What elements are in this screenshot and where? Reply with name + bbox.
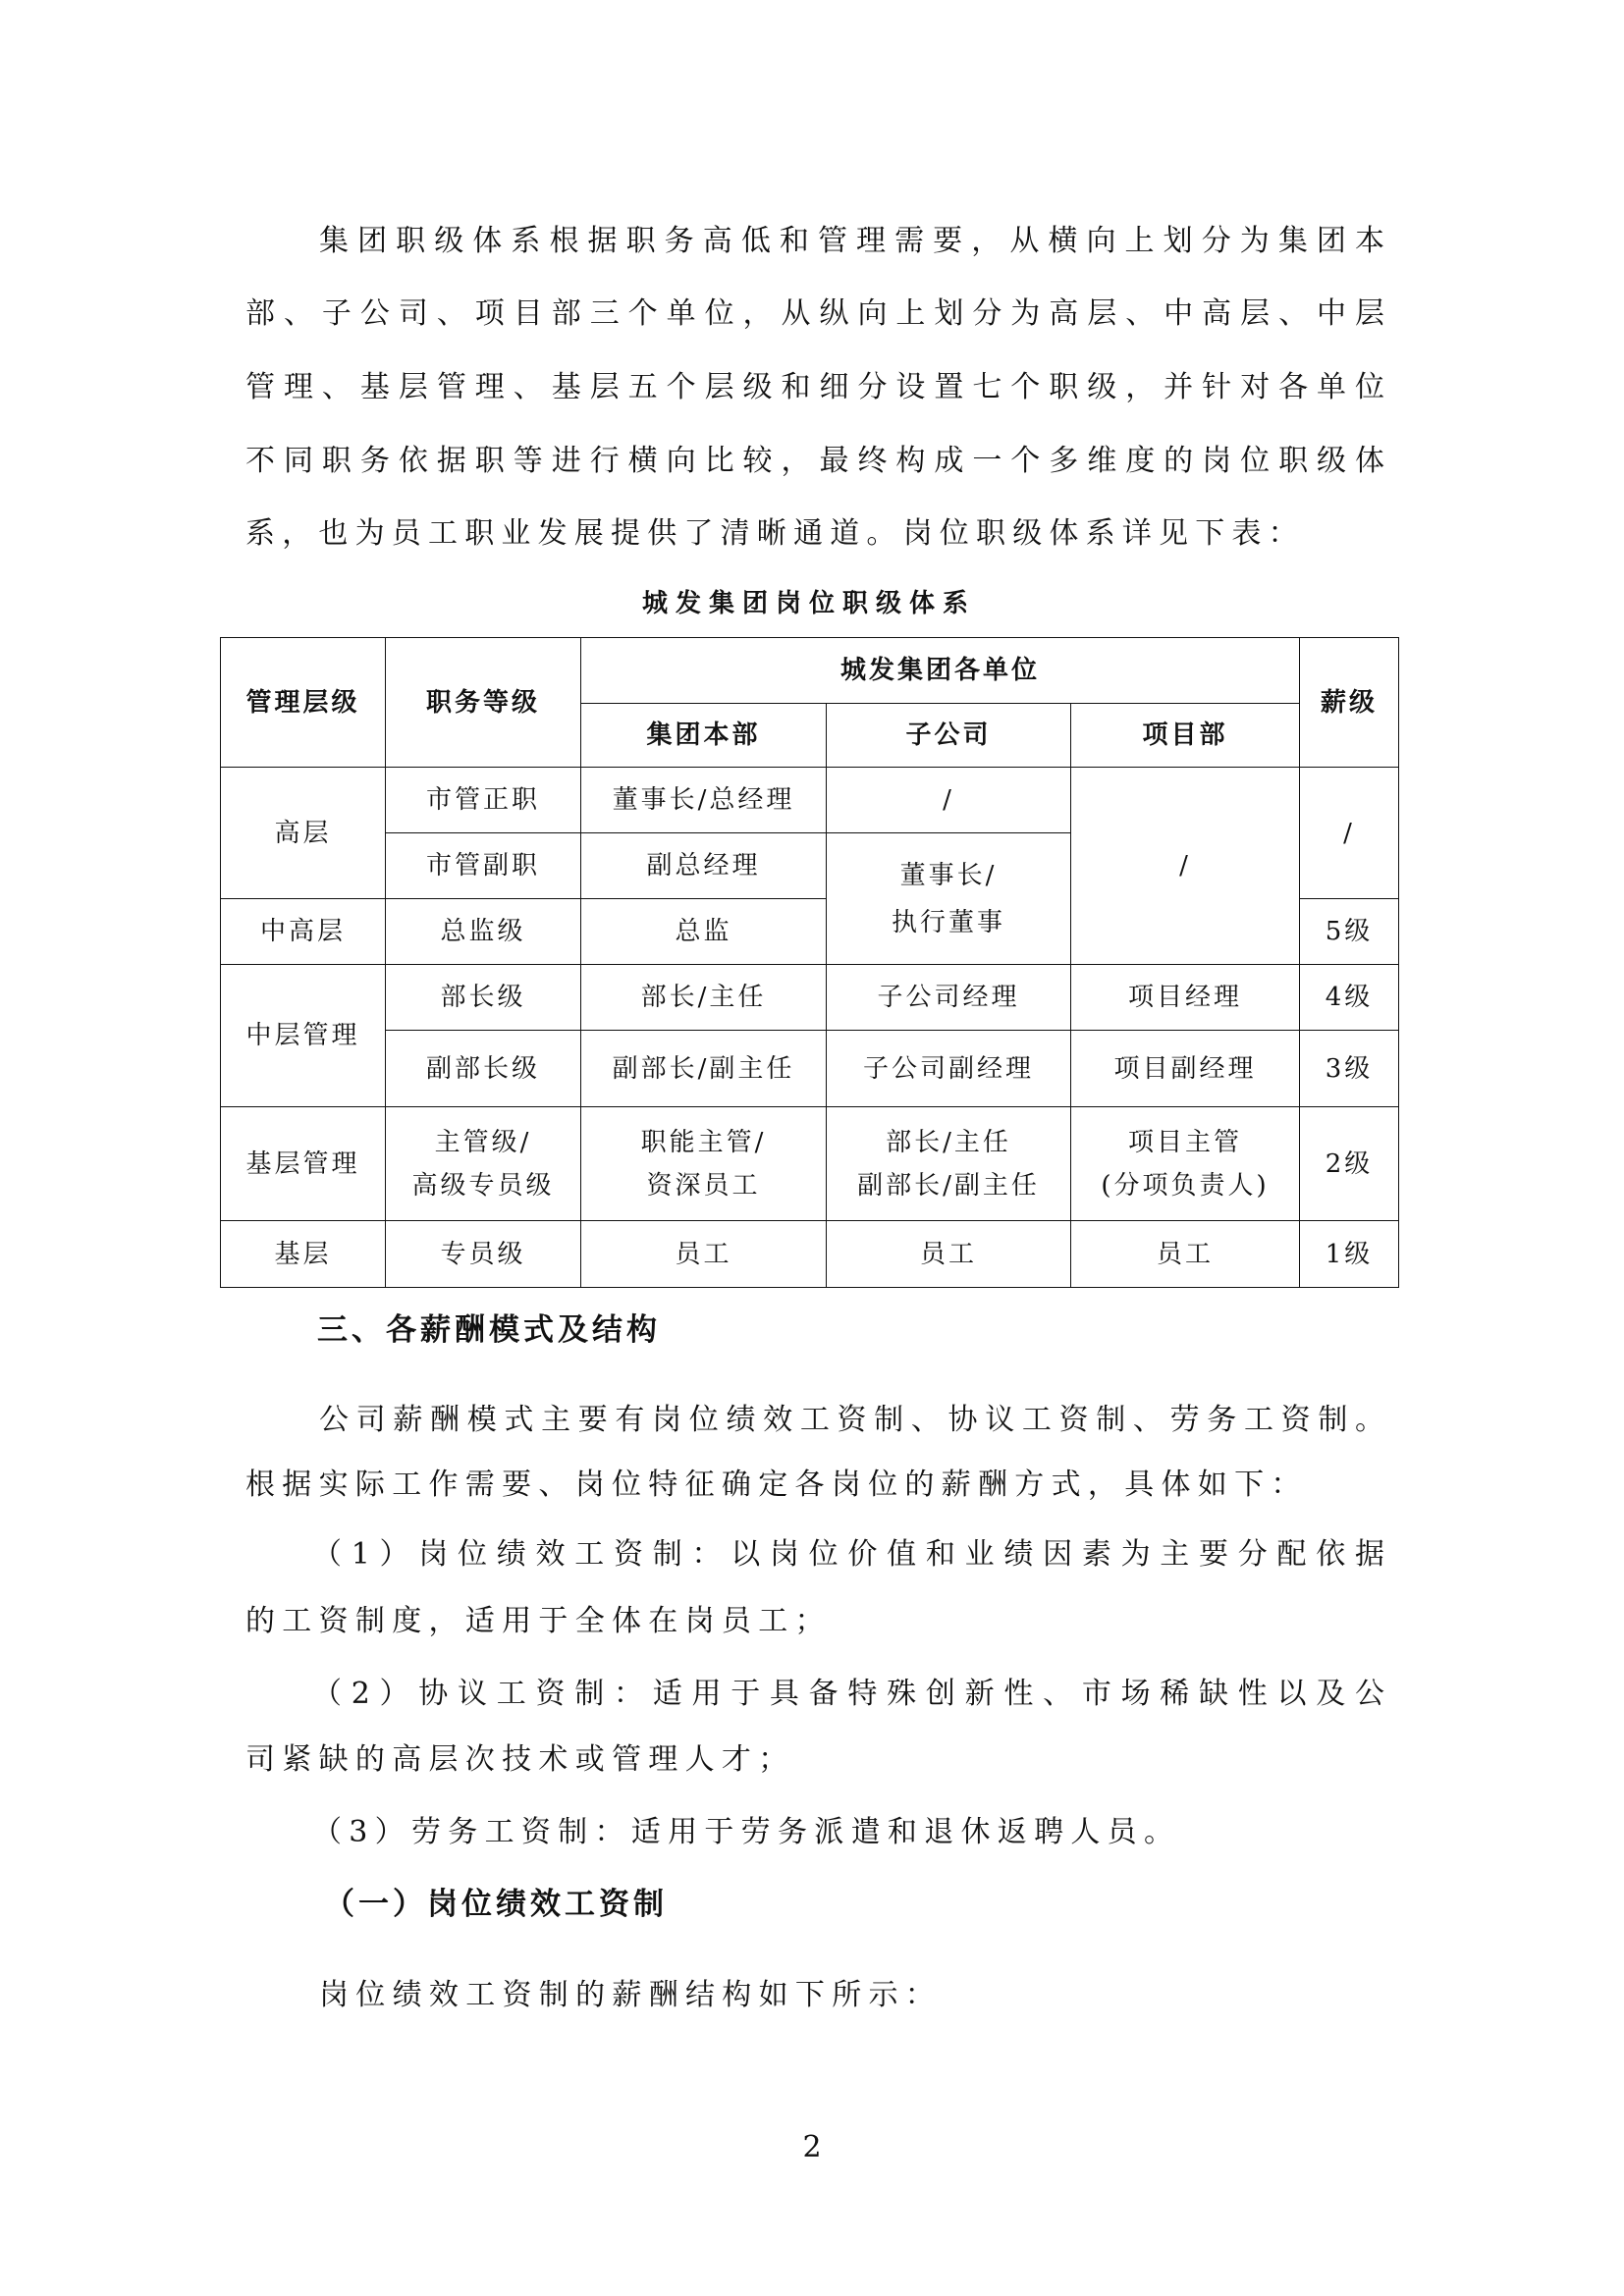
header-headquarters: 集团本部 — [581, 704, 827, 768]
cell-hq: 副部长/副主任 — [581, 1031, 827, 1107]
page-number: 2 — [0, 2130, 1624, 2164]
cell-salary: 1级 — [1300, 1221, 1399, 1288]
cell-salary: / — [1300, 768, 1399, 899]
cell-sub: 子公司经理 — [827, 965, 1071, 1031]
cell-salary: 5级 — [1300, 899, 1399, 965]
paragraph-line: （2）协议工资制：适用于具备特殊创新性、市场稀缺性以及公 — [312, 1675, 1384, 1714]
cell-proj: / — [1071, 768, 1300, 965]
cell-hq: 员工 — [581, 1221, 827, 1288]
header-subsidiary: 子公司 — [827, 704, 1071, 768]
table-row: 副部长级 副部长/副主任 子公司副经理 项目副经理 3级 — [221, 1031, 1399, 1107]
section-heading: 三、各薪酬模式及结构 — [317, 1310, 661, 1350]
cell-hq: 职能主管/ 资深员工 — [581, 1107, 827, 1221]
paragraph-line: 系，也为员工职业发展提供了清晰通道。岗位职级体系详见下表： — [245, 514, 1384, 554]
header-salary-grade: 薪级 — [1300, 638, 1399, 768]
table-row: 高层 市管正职 董事长/总经理 / / / — [221, 768, 1399, 833]
cell-level: 中高层 — [221, 899, 386, 965]
table-row: 中层管理 部长级 部长/主任 子公司经理 项目经理 4级 — [221, 965, 1399, 1031]
cell-level: 中层管理 — [221, 965, 386, 1107]
cell-hq: 部长/主任 — [581, 965, 827, 1031]
cell-grade: 部长级 — [386, 965, 581, 1031]
position-grade-table: 管理层级 职务等级 城发集团各单位 薪级 集团本部 子公司 项目部 高层 市管正… — [220, 637, 1399, 1288]
table-caption: 城发集团岗位职级体系 — [220, 584, 1398, 623]
cell-proj: 项目经理 — [1071, 965, 1300, 1031]
paragraph-line: （1）岗位绩效工资制：以岗位价值和业绩因素为主要分配依据 — [312, 1535, 1384, 1575]
paragraph-line: 集团职级体系根据职务高低和管理需要，从横向上划分为集团本 — [319, 222, 1384, 261]
cell-proj: 项目副经理 — [1071, 1031, 1300, 1107]
cell-grade: 总监级 — [386, 899, 581, 965]
header-units-group: 城发集团各单位 — [581, 638, 1300, 704]
cell-hq: 副总经理 — [581, 833, 827, 899]
cell-level: 基层管理 — [221, 1107, 386, 1221]
paragraph-line: 不同职务依据职等进行横向比较，最终构成一个多维度的岗位职级体 — [245, 442, 1384, 481]
paragraph-line: 公司薪酬模式主要有岗位绩效工资制、协议工资制、劳务工资制。 — [319, 1401, 1384, 1440]
paragraph-line: 根据实际工作需要、岗位特征确定各岗位的薪酬方式，具体如下： — [245, 1466, 1384, 1505]
cell-sub: / — [827, 768, 1071, 833]
paragraph-line: （3）劳务工资制：适用于劳务派遣和退休返聘人员。 — [312, 1813, 1451, 1852]
cell-salary: 2级 — [1300, 1107, 1399, 1221]
cell-level: 基层 — [221, 1221, 386, 1288]
cell-sub: 子公司副经理 — [827, 1031, 1071, 1107]
cell-grade: 副部长级 — [386, 1031, 581, 1107]
cell-hq: 董事长/总经理 — [581, 768, 827, 833]
header-project-dept: 项目部 — [1071, 704, 1300, 768]
cell-grade: 市管副职 — [386, 833, 581, 899]
cell-hq: 总监 — [581, 899, 827, 965]
cell-grade: 专员级 — [386, 1221, 581, 1288]
cell-salary: 3级 — [1300, 1031, 1399, 1107]
cell-grade: 市管正职 — [386, 768, 581, 833]
paragraph-line: 管理、基层管理、基层五个层级和细分设置七个职级，并针对各单位 — [245, 368, 1384, 407]
cell-sub: 员工 — [827, 1221, 1071, 1288]
cell-sub: 董事长/ 执行董事 — [827, 833, 1071, 965]
header-management-level: 管理层级 — [221, 638, 386, 768]
paragraph-line: 的工资制度，适用于全体在岗员工； — [245, 1602, 1384, 1641]
cell-grade: 主管级/ 高级专员级 — [386, 1107, 581, 1221]
paragraph-line: 部、子公司、项目部三个单位，从纵向上划分为高层、中高层、中层 — [245, 294, 1384, 334]
cell-proj: 项目主管 (分项负责人) — [1071, 1107, 1300, 1221]
cell-level: 高层 — [221, 768, 386, 899]
table-row: 基层管理 主管级/ 高级专员级 职能主管/ 资深员工 部长/主任 副部长/副主任… — [221, 1107, 1399, 1221]
cell-proj: 员工 — [1071, 1221, 1300, 1288]
paragraph-line: 司紧缺的高层次技术或管理人才； — [245, 1740, 1384, 1780]
paragraph-line: 岗位绩效工资制的薪酬结构如下所示： — [319, 1976, 1458, 2015]
cell-sub: 部长/主任 副部长/副主任 — [827, 1107, 1071, 1221]
header-position-grade: 职务等级 — [386, 638, 581, 768]
subsection-heading: （一）岗位绩效工资制 — [324, 1885, 668, 1924]
cell-salary: 4级 — [1300, 965, 1399, 1031]
table-row: 基层 专员级 员工 员工 员工 1级 — [221, 1221, 1399, 1288]
